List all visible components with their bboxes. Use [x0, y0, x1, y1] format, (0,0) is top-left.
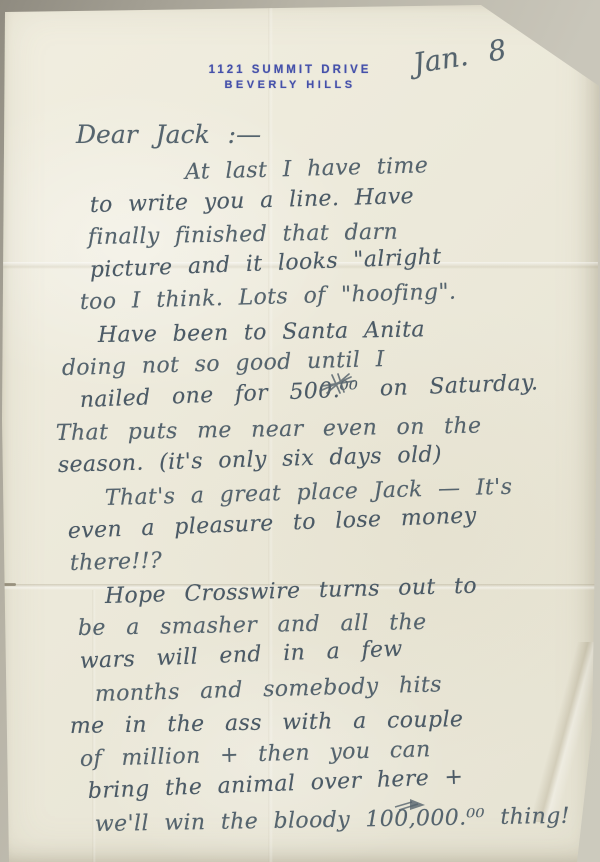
letter-body: At last I have timeto write you a line. … [50, 157, 590, 841]
ink-scribble-crossed-out-dollar [318, 372, 358, 396]
letterhead-address-line: 1121 SUMMIT DRIVE [188, 63, 392, 78]
salutation: Dear Jack :— [76, 120, 261, 149]
letter-photo: { "photo": { "backdrop_color": "#b7b3a6"… [0, 0, 600, 862]
letterhead-city-line: BEVERLY HILLS [188, 78, 392, 93]
fold-crease-edge-mark [0, 583, 16, 586]
letter-line: we'll win the bloody 100,000.⁰⁰ thing! [95, 800, 590, 841]
printed-letterhead: 1121 SUMMIT DRIVE BEVERLY HILLS [188, 63, 392, 93]
ink-scribble-before-amount [394, 796, 428, 814]
letter-paper: 1121 SUMMIT DRIVE BEVERLY HILLS Jan. 8 D… [0, 0, 600, 862]
handwritten-date: Jan. 8 [411, 33, 509, 80]
